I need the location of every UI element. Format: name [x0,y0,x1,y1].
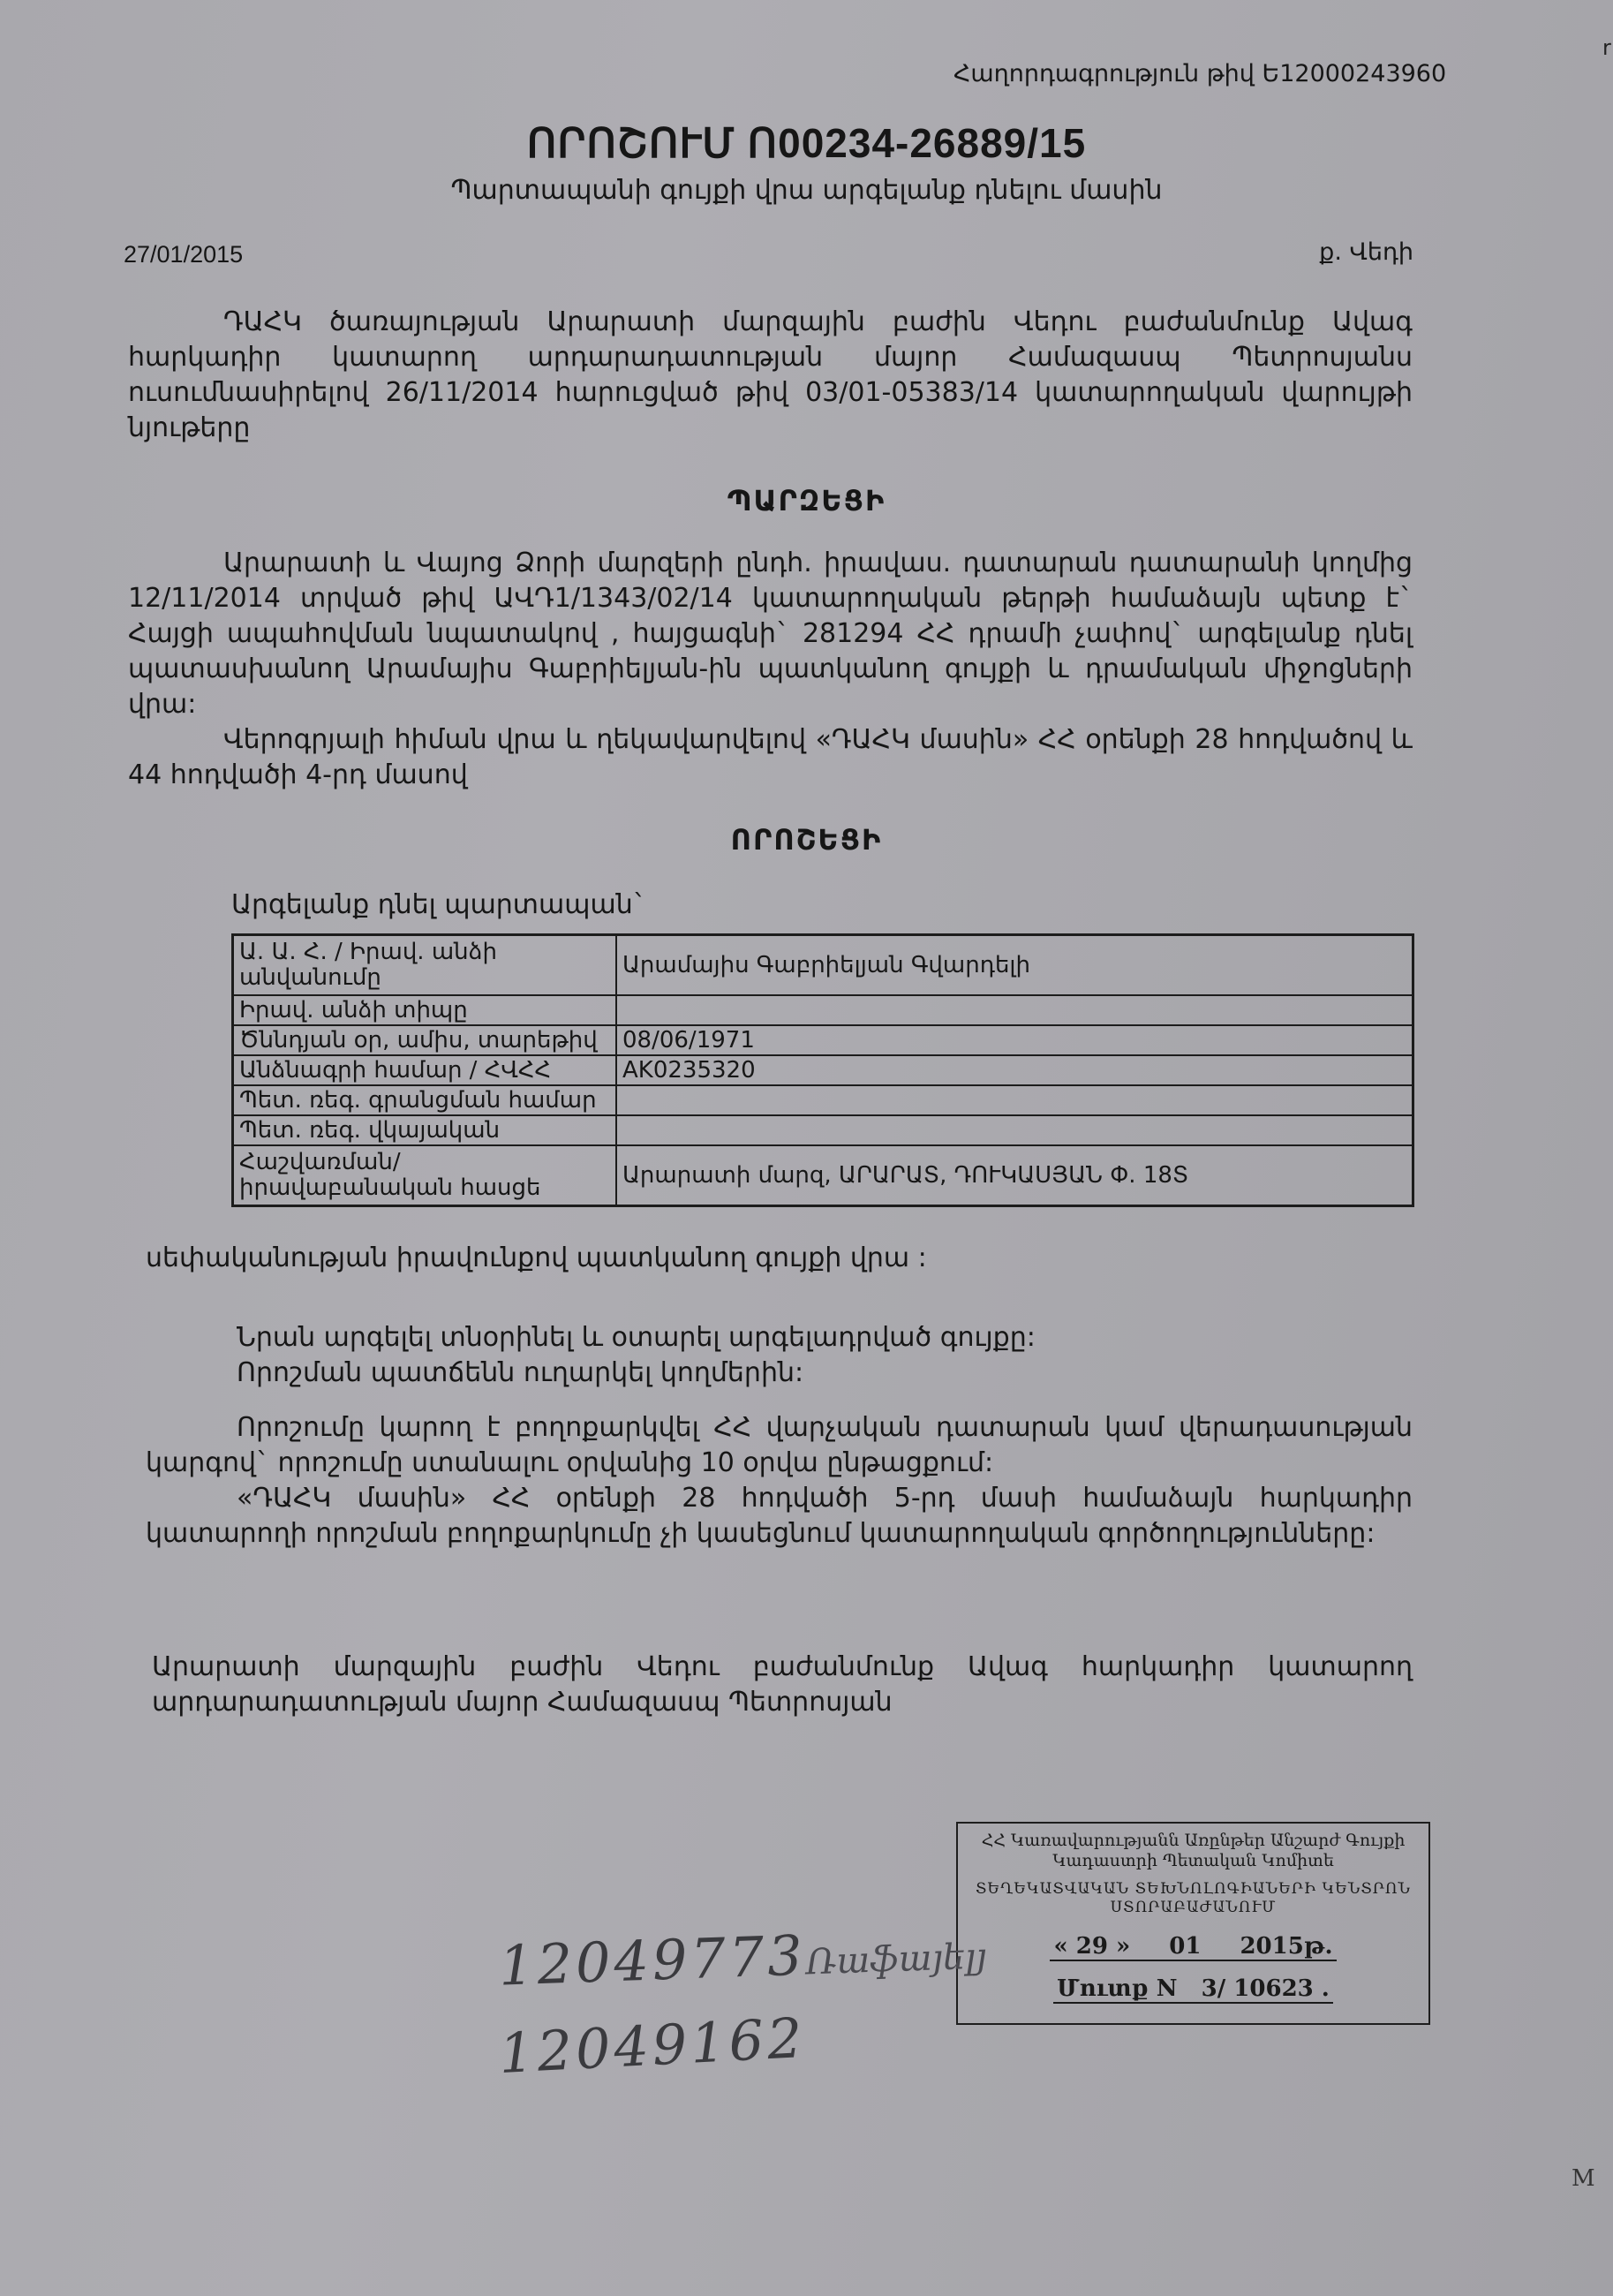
signature-block: Արարատի մարզային բաժին Վեդու բաժանմունք … [152,1650,1413,1720]
found-paragraph-1: Արարատի և Վայոց Ձորի մարզերի ընդհ. իրավա… [128,546,1413,722]
document-subtitle: Պարտապանի գույքի վրա արգելանք դնելու մաս… [0,175,1613,206]
row-value: Արամայիս Գաբրիելյան Գվարդելի [616,935,1413,996]
handwritten-number-2: 12049162 [497,2005,807,2086]
table-row: Ծննդյան օր, ամիս, տարեթիվ 08/06/1971 [233,1025,1413,1055]
stamp-committee: ՀՀ Կառավարությանն Առընթեր Անշարժ Գույքի … [958,1831,1428,1871]
handwritten-note-1: 12049773Ռաֆայելյ [498,1916,988,1998]
after-table-text: սեփականության իրավունքով պատկանող գույքի… [146,1241,1430,1276]
appeal-paragraph: Որոշումը կարող է բողոքարկվել ՀՀ վարչական… [146,1410,1413,1481]
table-row: Ա. Ա. Հ. / Իրավ. անձի անվանումը Արամայիս… [233,935,1413,996]
message-number: Հաղորդագրություն թիվ Ե12000243960 [953,60,1446,87]
stamp-entry: Մուտք N 3/ 10623 . [958,1975,1428,2002]
stamp-division: ՏԵՂԵԿԱՏՎԱԿԱՆ ՏԵԽՆՈԼՈԳԻԱՆԵՐԻ ԿԵՆՏՐՈՆ ՍՏՈՐ… [958,1880,1428,1917]
stamp-entry-label: Մուտք N [1057,1975,1177,2002]
debtor-table: Ա. Ա. Հ. / Իրավ. անձի անվանումը Արամայիս… [231,933,1414,1207]
registration-stamp: ՀՀ Կառավարությանն Առընթեր Անշարժ Գույքի … [956,1822,1430,2025]
document-city: ք. Վեդի [1319,238,1413,266]
table-row: Պետ. ռեգ. վկայական [233,1115,1413,1145]
stamp-year: 2015թ. [1236,1933,1336,1961]
edge-mark: r [1602,35,1611,60]
row-label: Պետ. ռեգ. վկայական [233,1115,617,1145]
stamp-entry-number: 3/ 10623 [1202,1975,1314,2002]
document-date: 27/01/2015 [124,241,243,268]
order-1: Նրան արգելել տնօրինել և օտարել արգելադրվ… [237,1320,1521,1356]
row-value [616,995,1413,1025]
row-label: Ա. Ա. Հ. / Իրավ. անձի անվանումը [233,935,617,996]
handwritten-signature: Ռաֆայելյ [805,1936,987,1983]
table-row: Պետ. ռեգ. գրանցման համար [233,1085,1413,1115]
heading-decided: ՈՐՈՇԵՑԻ [0,823,1613,857]
row-value: AK0235320 [616,1055,1413,1085]
row-value: Արարատի մարզ, ԱՐԱՐԱՏ, ԴՈՒԿԱՍՅԱՆ Փ. 18Տ [616,1145,1413,1206]
table-row: Հաշվառման/իրավաբանական հասցե Արարատի մար… [233,1145,1413,1206]
row-value [616,1085,1413,1115]
row-label: Հաշվառման/իրավաբանական հասցե [233,1145,617,1206]
stamp-day: « 29 » [1050,1933,1134,1961]
stamp-date: « 29 »012015թ. [958,1933,1428,1961]
row-value [616,1115,1413,1145]
intro-paragraph: ԴԱՀԿ ծառայության Արարատի մարզային բաժին … [128,305,1413,446]
order-2: Որոշման պատճենն ուղարկել կողմերին: [237,1356,1521,1391]
document-title: ՈՐՈՇՈՒՄ Ո00234-26889/15 [0,119,1613,167]
row-label: Պետ. ռեգ. գրանցման համար [233,1085,617,1115]
found-paragraph-2: Վերոգրյալի հիման վրա և ղեկավարվելով «ԴԱՀ… [128,722,1413,793]
table-row: Անձնագրի համար / ՀՎՀՀ AK0235320 [233,1055,1413,1085]
page-corner-mark: M [1572,2165,1595,2192]
row-label: Ծննդյան օր, ամիս, տարեթիվ [233,1025,617,1055]
row-value: 08/06/1971 [616,1025,1413,1055]
note-paragraph: «ԴԱՀԿ մասին» ՀՀ օրենքի 28 հոդվածի 5-րդ մ… [146,1481,1413,1552]
handwritten-number-1: 12049773 [498,1923,807,1998]
debtor-lead: Արգելանք դնել պարտապան` [231,887,1516,923]
heading-found: ՊԱՐԶԵՑԻ [0,484,1613,517]
row-label: Անձնագրի համար / ՀՎՀՀ [233,1055,617,1085]
stamp-month: 01 [1134,1933,1236,1961]
row-label: Իրավ. անձի տիպը [233,995,617,1025]
table-row: Իրավ. անձի տիպը [233,995,1413,1025]
